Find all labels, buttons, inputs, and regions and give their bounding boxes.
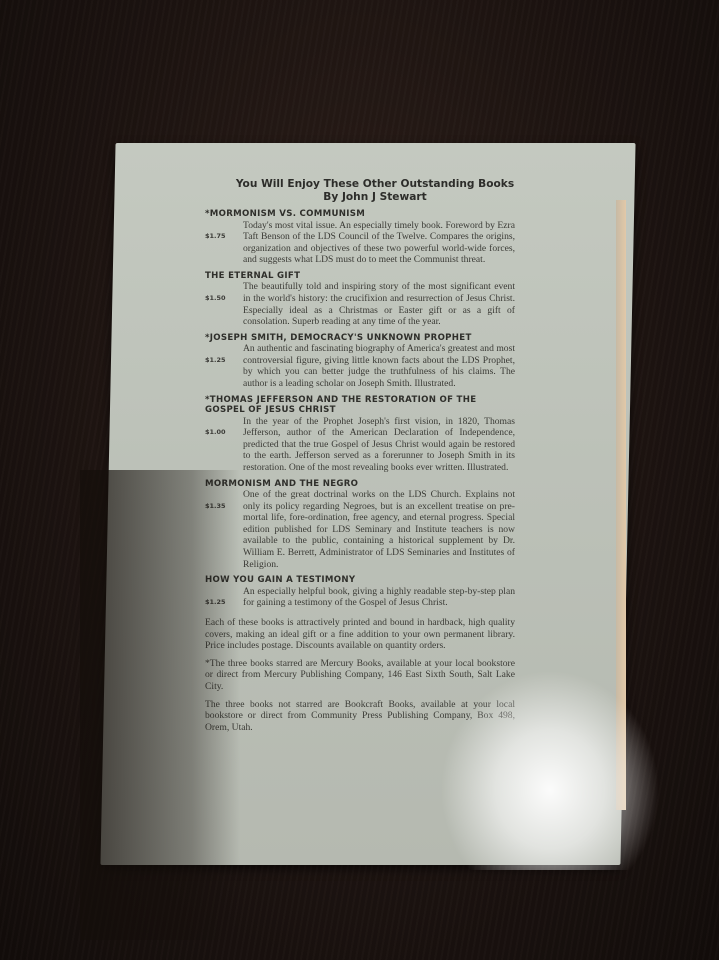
book-title: *THOMAS JEFFERSON AND THE RESTORATION OF… bbox=[205, 395, 515, 416]
book-entry: THE ETERNAL GIFT$1.50The beautifully tol… bbox=[205, 271, 515, 328]
book-entry: *MORMONISM VS. COMMUNISM$1.75Today's mos… bbox=[205, 209, 515, 266]
heading: You Will Enjoy These Other Outstanding B… bbox=[235, 178, 515, 204]
book-title: MORMONISM AND THE NEGRO bbox=[205, 479, 515, 490]
book-title: *JOSEPH SMITH, DEMOCRACY'S UNKNOWN PROPH… bbox=[205, 333, 515, 344]
book-description: $1.00In the year of the Prophet Joseph's… bbox=[205, 416, 515, 474]
book-entry: *JOSEPH SMITH, DEMOCRACY'S UNKNOWN PROPH… bbox=[205, 333, 515, 390]
book-list-text: You Will Enjoy These Other Outstanding B… bbox=[205, 178, 515, 739]
note-paragraph: The three books not starred are Bookcraf… bbox=[205, 699, 515, 734]
book-description: $1.35One of the great doctrinal works on… bbox=[205, 489, 515, 570]
book-page-edge bbox=[616, 200, 626, 810]
book-price: $1.25 bbox=[205, 355, 226, 367]
ordering-notes: Each of these books is attractively prin… bbox=[205, 617, 515, 733]
heading-line-2: By John J Stewart bbox=[235, 191, 515, 204]
book-description: $1.75Today's most vital issue. An especi… bbox=[205, 220, 515, 266]
book-title: THE ETERNAL GIFT bbox=[205, 271, 515, 282]
book-entry: HOW YOU GAIN A TESTIMONY$1.25An especial… bbox=[205, 575, 515, 609]
note-paragraph: *The three books starred are Mercury Boo… bbox=[205, 658, 515, 693]
book-description: $1.50The beautifully told and inspiring … bbox=[205, 281, 515, 327]
book-price: $1.35 bbox=[205, 501, 226, 513]
book-description: $1.25An especially helpful book, giving … bbox=[205, 586, 515, 609]
heading-line-1: You Will Enjoy These Other Outstanding B… bbox=[235, 178, 515, 191]
book-title: HOW YOU GAIN A TESTIMONY bbox=[205, 575, 515, 586]
book-entry: *THOMAS JEFFERSON AND THE RESTORATION OF… bbox=[205, 395, 515, 474]
book-price: $1.75 bbox=[205, 231, 226, 243]
book-price: $1.00 bbox=[205, 427, 226, 439]
book-entries: *MORMONISM VS. COMMUNISM$1.75Today's mos… bbox=[205, 209, 515, 609]
book-description: $1.25An authentic and fascinating biogra… bbox=[205, 343, 515, 389]
note-paragraph: Each of these books is attractively prin… bbox=[205, 617, 515, 652]
book-price: $1.25 bbox=[205, 597, 226, 609]
book-price: $1.50 bbox=[205, 293, 226, 305]
book-title: *MORMONISM VS. COMMUNISM bbox=[205, 209, 515, 220]
book-entry: MORMONISM AND THE NEGRO$1.35One of the g… bbox=[205, 479, 515, 571]
